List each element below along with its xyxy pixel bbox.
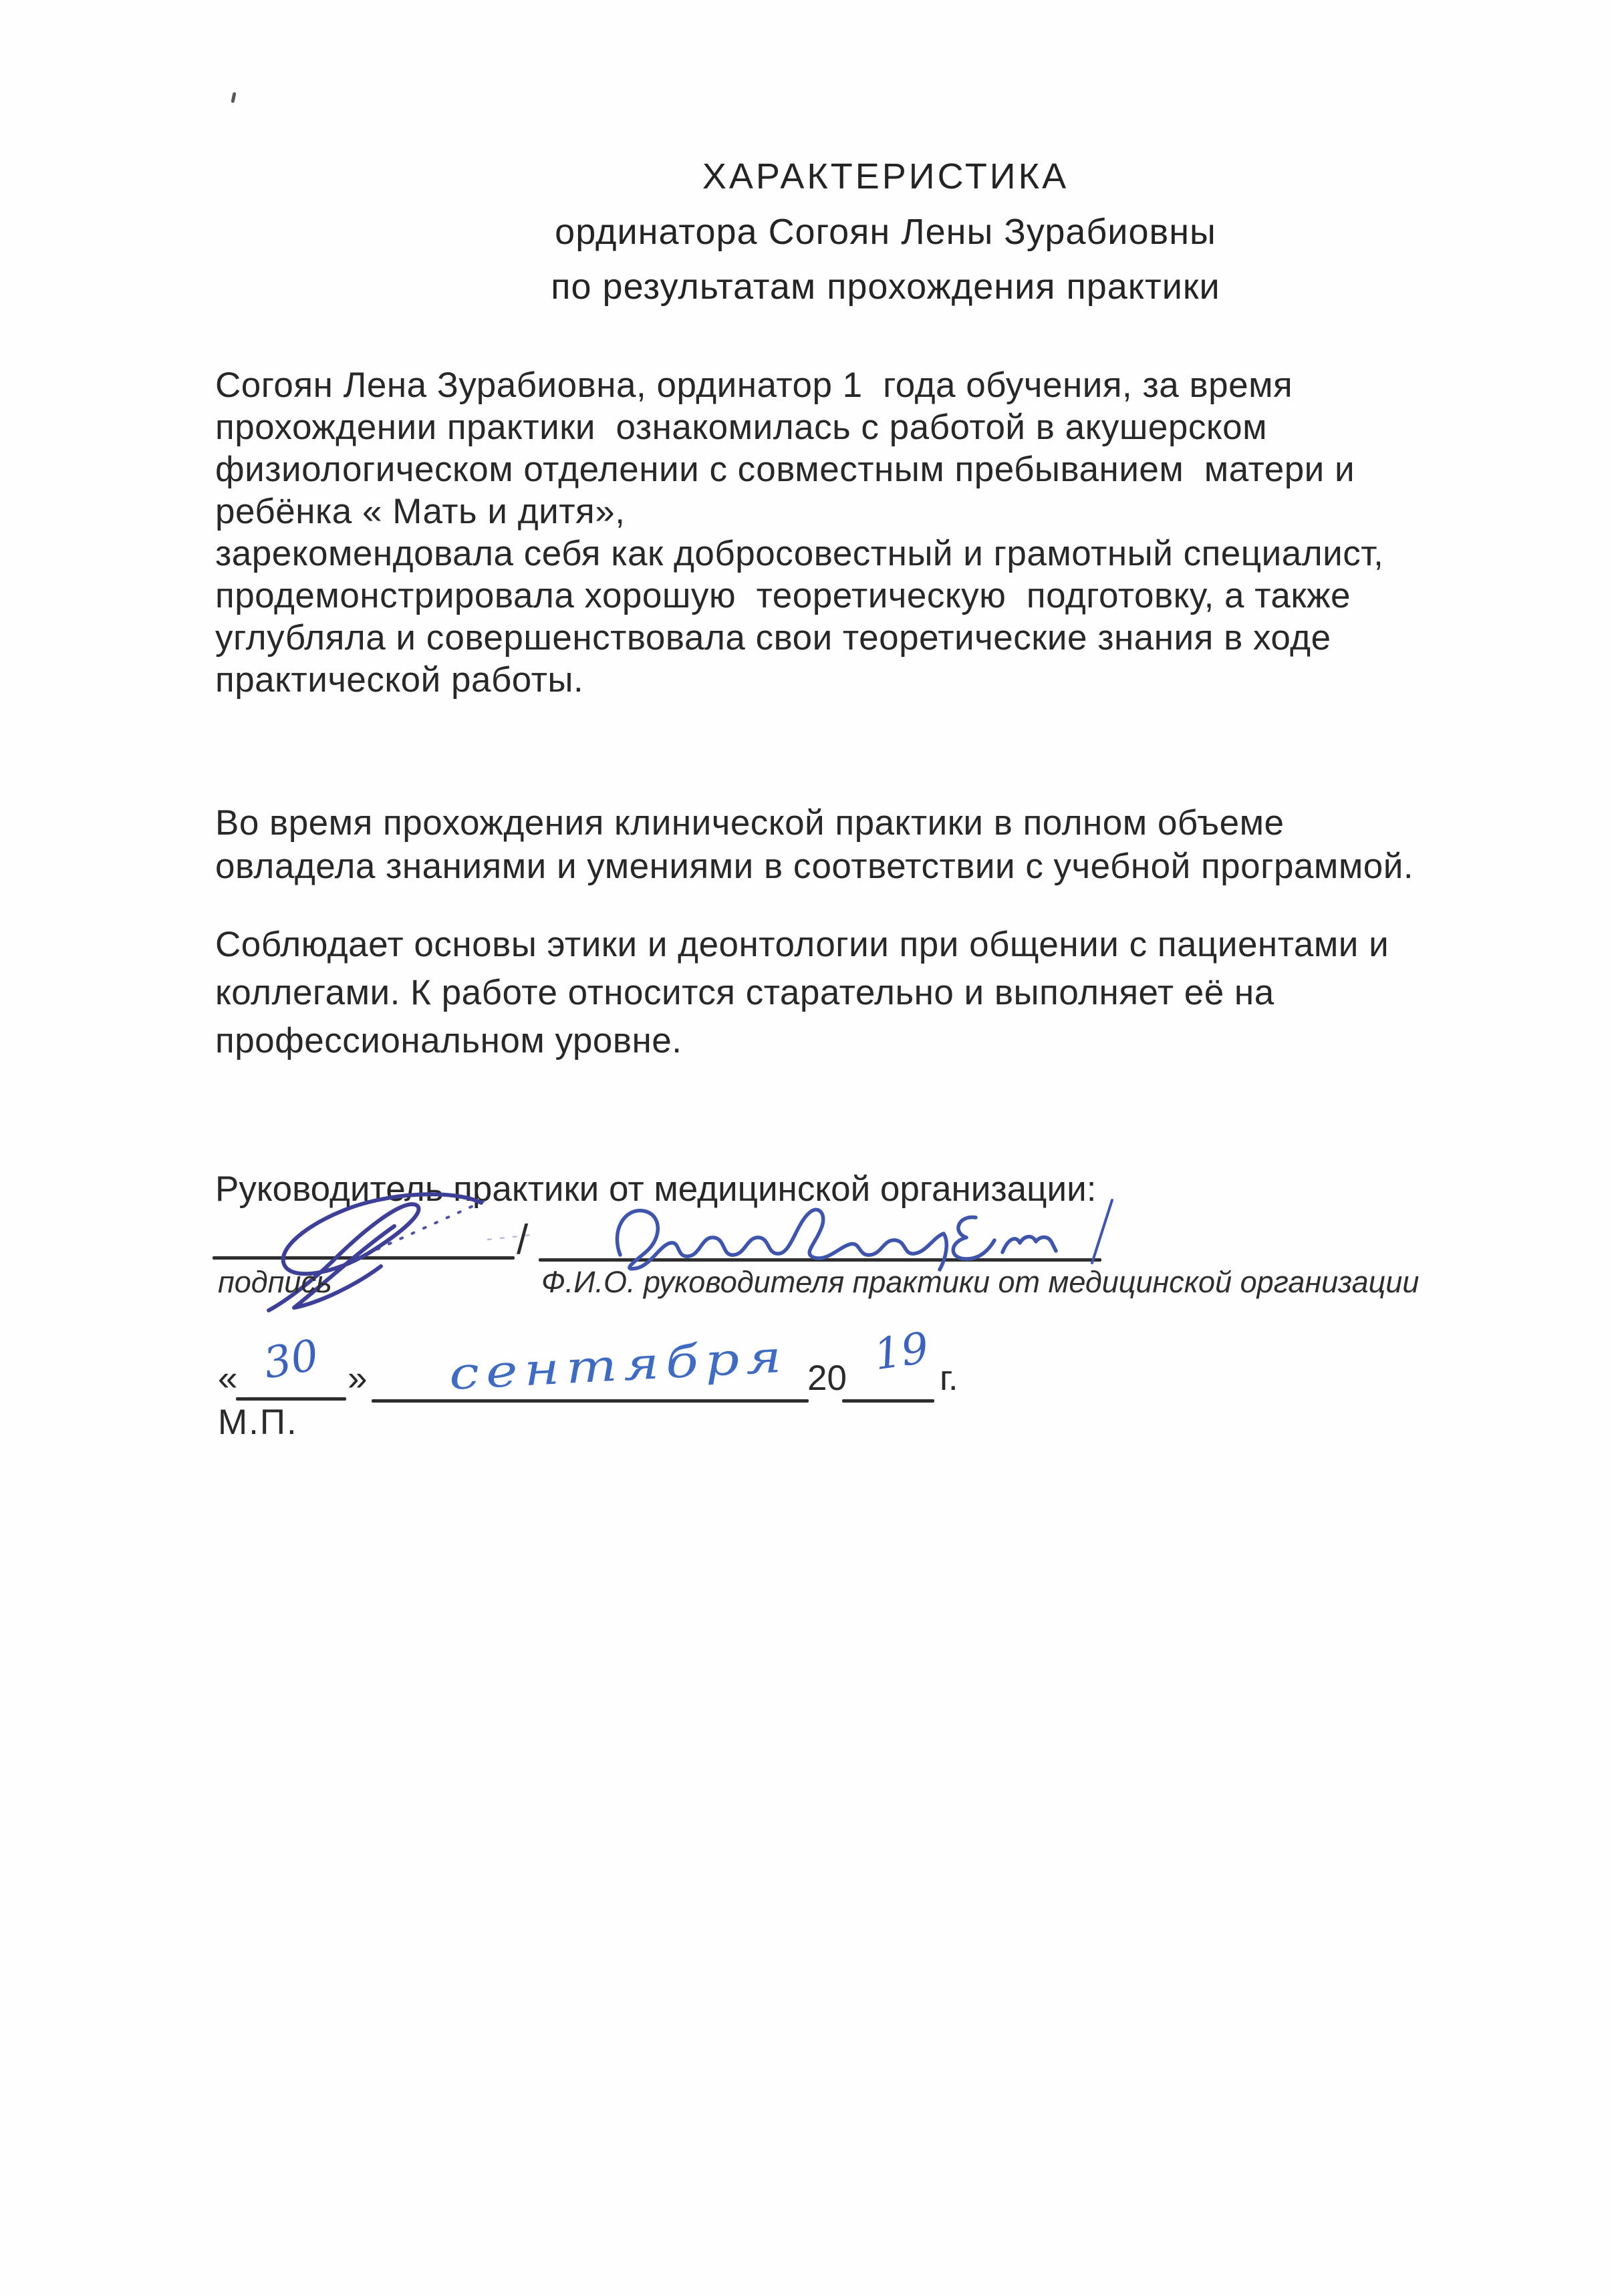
signature-caption: подпись — [218, 1265, 332, 1300]
paragraph-introduction: Согоян Лена Зурабиовна, ординатор 1 года… — [215, 364, 1383, 701]
handwritten-month: сентября — [448, 1330, 789, 1399]
month-underline — [372, 1399, 809, 1403]
fio-caption: Ф.И.О. руководителя практики от медицинс… — [541, 1265, 1419, 1300]
date-close-quote: » — [348, 1358, 367, 1399]
text-line: Согоян Лена Зурабиовна, ординатор 1 года… — [215, 364, 1383, 406]
title-purpose-line: по результатам прохождения практики — [214, 266, 1557, 307]
paragraph-clinical-practice: Во время прохождения клинической практик… — [215, 801, 1414, 888]
paragraph-ethics: Соблюдает основы этики и деонтологии при… — [215, 921, 1389, 1065]
handwritten-day: 30 — [260, 1330, 322, 1389]
document-title: ХАРАКТЕРИСТИКА — [214, 156, 1557, 197]
text-line: Соблюдает основы этики и деонтологии при… — [215, 921, 1389, 969]
text-line: практической работы. — [215, 659, 1383, 701]
scanned-document-page: ХАРАКТЕРИСТИКА ординатора Согоян Лены Зу… — [0, 0, 1610, 2296]
scan-speck-artifact — [231, 92, 236, 104]
text-line: ребёнка « Мать и дитя», — [215, 490, 1383, 533]
year-suffix: г. — [940, 1358, 958, 1399]
text-line: овладела знаниями и умениями в соответст… — [215, 845, 1414, 888]
text-line: зарекомендовала себя как добросовестный … — [215, 533, 1383, 575]
day-underline — [236, 1397, 346, 1401]
text-line: продемонстрировала хорошую теоретическую… — [215, 575, 1383, 617]
text-line: профессиональном уровне. — [215, 1017, 1389, 1065]
date-open-quote: « — [218, 1358, 237, 1399]
year-underline — [842, 1399, 934, 1403]
seal-place-label: М.П. — [218, 1402, 298, 1443]
title-subject-line: ординатора Согоян Лены Зурабиовны — [214, 211, 1557, 253]
text-line: физиологическом отделении с совместным п… — [215, 448, 1383, 490]
text-line: прохождении практики ознакомилась с рабо… — [215, 406, 1383, 448]
text-line: углубляла и совершенствовала свои теорет… — [215, 617, 1383, 659]
handwritten-year: 19 — [871, 1324, 932, 1381]
text-line: коллегами. К работе относится старательн… — [215, 969, 1389, 1017]
text-line: Во время прохождения клинической практик… — [215, 801, 1414, 845]
year-prefix: 20 — [807, 1358, 847, 1399]
